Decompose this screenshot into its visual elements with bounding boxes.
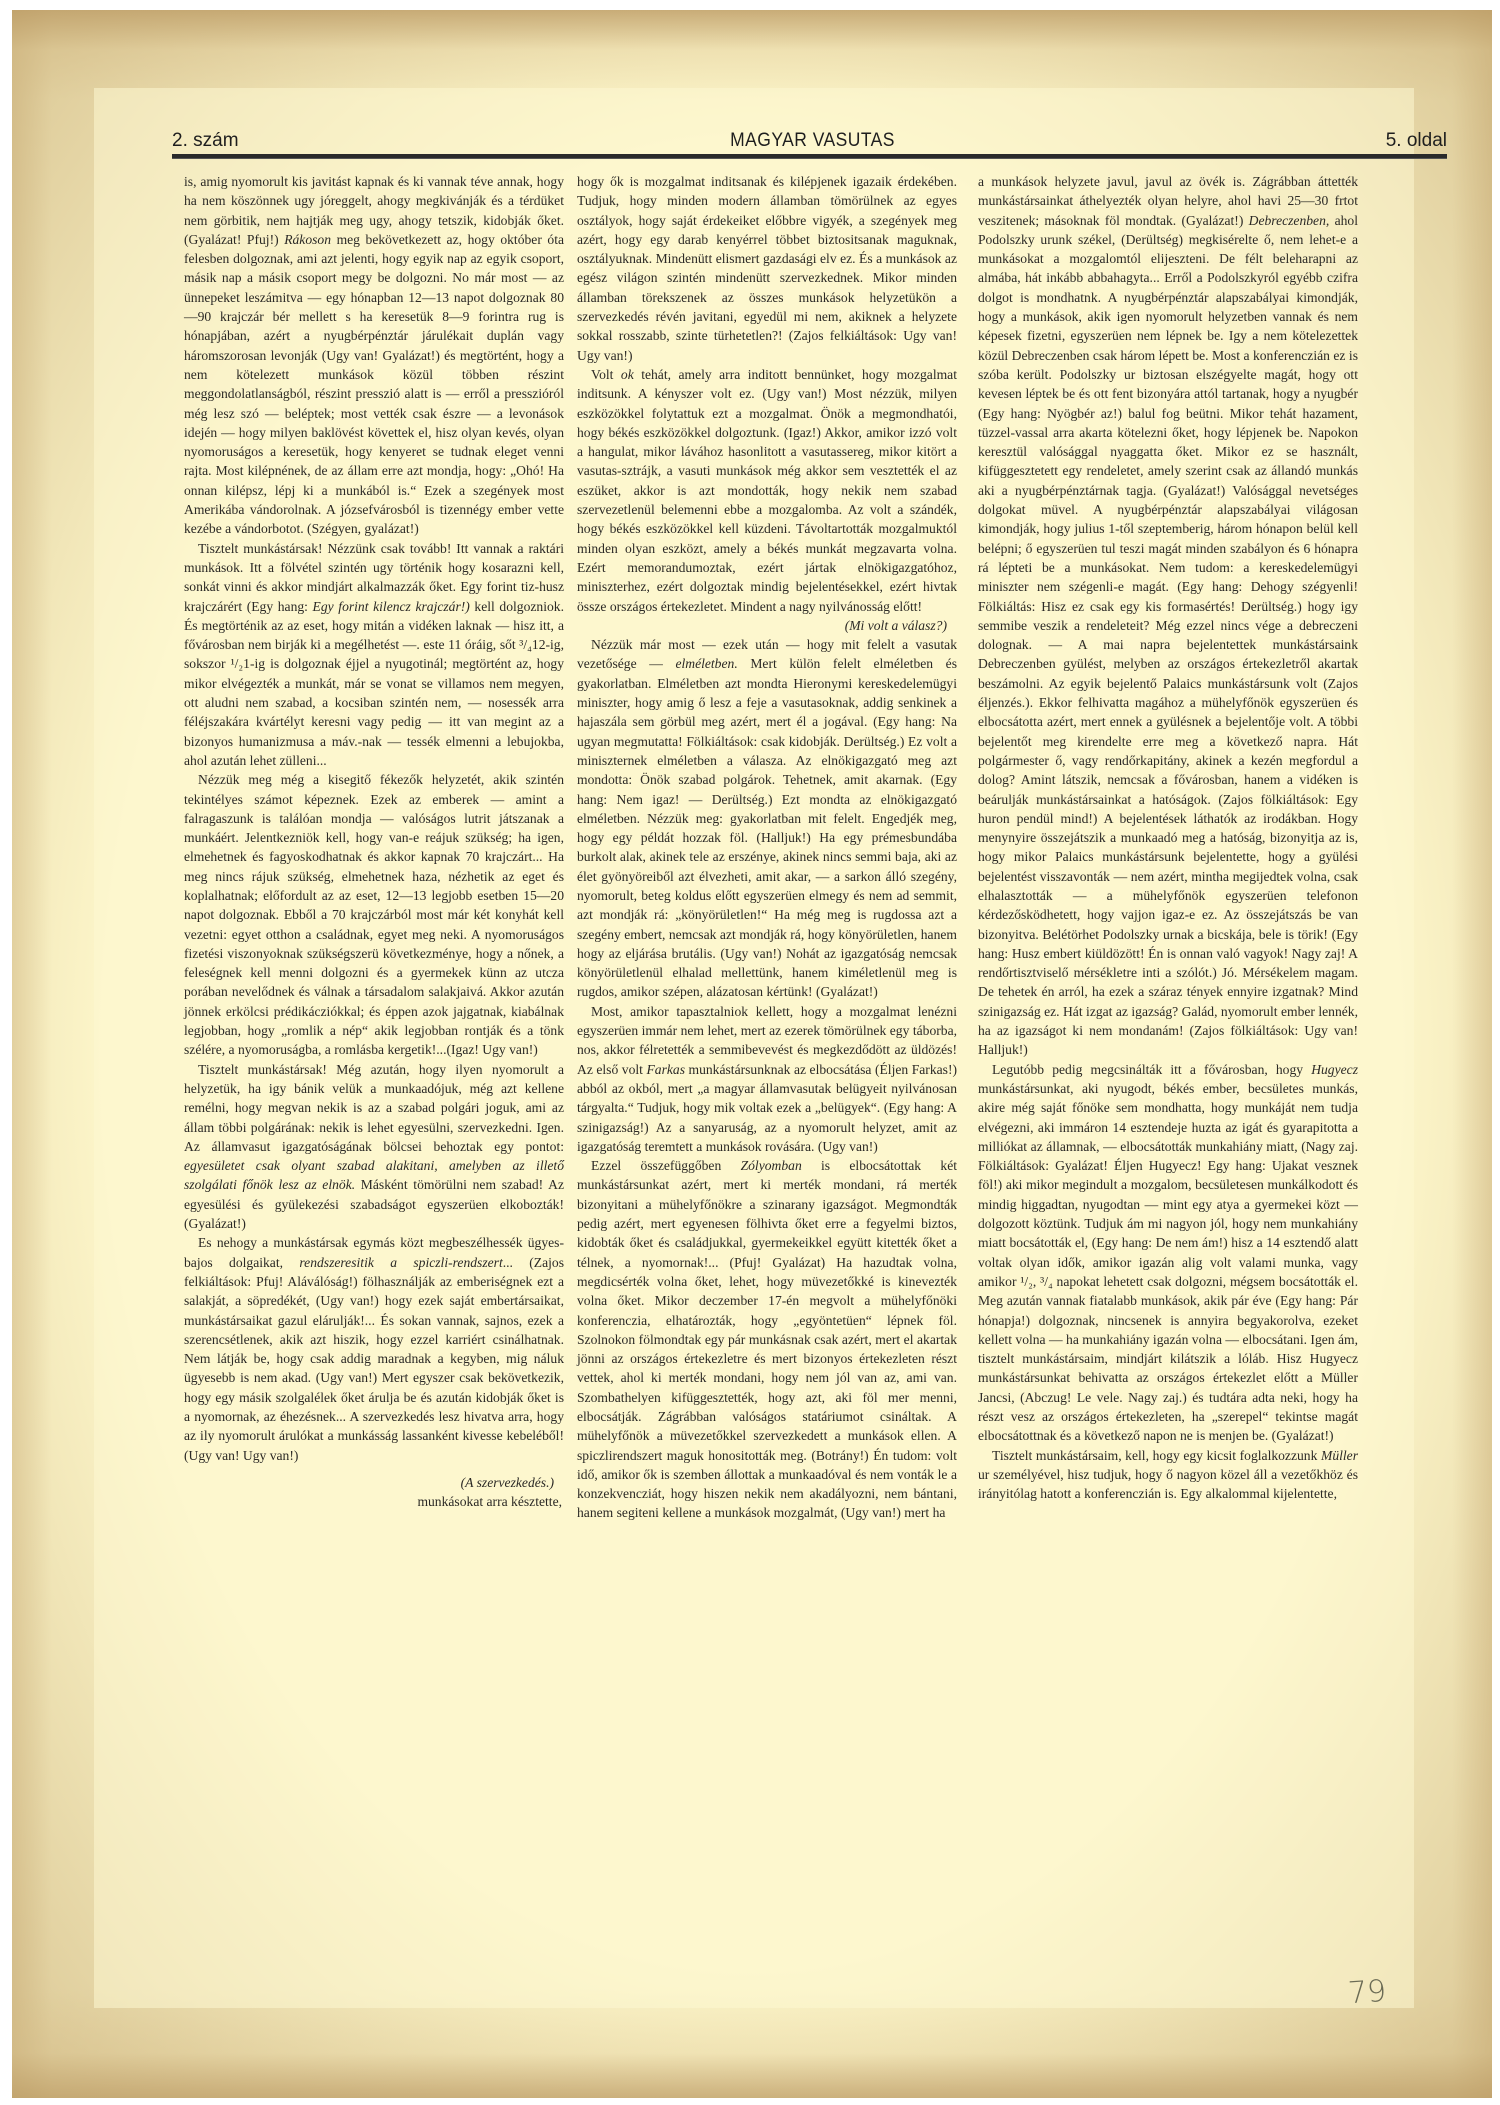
paragraph: Tisztelt munkástársak! Nézzünk csak tová… bbox=[184, 539, 564, 771]
paragraph: Most, amikor tapasztalniok kellett, hogy… bbox=[577, 1002, 957, 1156]
paragraph: Es nehogy a munkástársak egymás közt meg… bbox=[184, 1233, 564, 1465]
emphasis: elméletben. bbox=[675, 656, 737, 671]
paragraph: Ezzel összefüggőben Zólyomban is elbocsá… bbox=[577, 1156, 957, 1523]
article-columns: is, amig nyomorult kis javitást kapnak é… bbox=[172, 172, 1447, 2022]
newspaper-page: 2. szám MAGYAR VASUTAS 5. oldal is, amig… bbox=[12, 10, 1492, 2098]
emphasis: Zólyomban bbox=[741, 1158, 802, 1173]
section-subhead: (Mi volt a válasz?) bbox=[577, 616, 957, 635]
section-subhead: (A szervezkedés.) bbox=[184, 1473, 564, 1492]
emphasis: Rákoson bbox=[284, 232, 331, 247]
page-header: 2. szám MAGYAR VASUTAS 5. oldal bbox=[172, 122, 1447, 152]
emphasis: rendszeresitik a spiczli-rendszert bbox=[299, 1255, 502, 1270]
emphasis: ok bbox=[621, 367, 634, 382]
emphasis: Egy forint kilencz krajczár!) bbox=[313, 599, 470, 614]
emphasis: Debreczenben, bbox=[1249, 213, 1330, 228]
paragraph: Volt ok tehát, amely arra inditott bennü… bbox=[577, 365, 957, 616]
column-2: hogy ők is mozgalmat inditsanak és kilép… bbox=[577, 172, 957, 1523]
paragraph: hogy ők is mozgalmat inditsanak és kilép… bbox=[577, 172, 957, 365]
header-rule bbox=[172, 154, 1447, 159]
paragraph: Legutóbb pedig megcsinálták itt a főváro… bbox=[978, 1060, 1358, 1446]
emphasis: Müller bbox=[1321, 1448, 1358, 1463]
paragraph: a munkások helyzete javul, javul az övék… bbox=[978, 172, 1358, 1060]
continuation-line: munkásokat arra késztette, bbox=[184, 1492, 564, 1511]
emphasis: Hugyecz bbox=[1311, 1062, 1358, 1077]
column-1: is, amig nyomorult kis javitást kapnak é… bbox=[184, 172, 564, 1511]
paragraph: Nézzük meg még a kisegitő fékezők helyze… bbox=[184, 770, 564, 1059]
newspaper-title: MAGYAR VASUTAS bbox=[730, 130, 895, 152]
emphasis: egyesületet csak olyant szabad alakitani… bbox=[184, 1158, 564, 1192]
paragraph: Tisztelt munkástársaim, kell, hogy egy k… bbox=[978, 1446, 1358, 1504]
paragraph: is, amig nyomorult kis javitást kapnak é… bbox=[184, 172, 564, 539]
paragraph: Tisztelt munkástársak! Még azután, hogy … bbox=[184, 1060, 564, 1234]
page-number: 5. oldal bbox=[1386, 130, 1447, 152]
emphasis: Farkas bbox=[646, 1062, 685, 1077]
column-3: a munkások helyzete javul, javul az övék… bbox=[978, 172, 1358, 1503]
handwritten-page-number: 79 bbox=[1347, 1974, 1388, 2012]
issue-number: 2. szám bbox=[172, 130, 239, 152]
paragraph: Nézzük már most — ezek után — hogy mit f… bbox=[577, 635, 957, 1002]
